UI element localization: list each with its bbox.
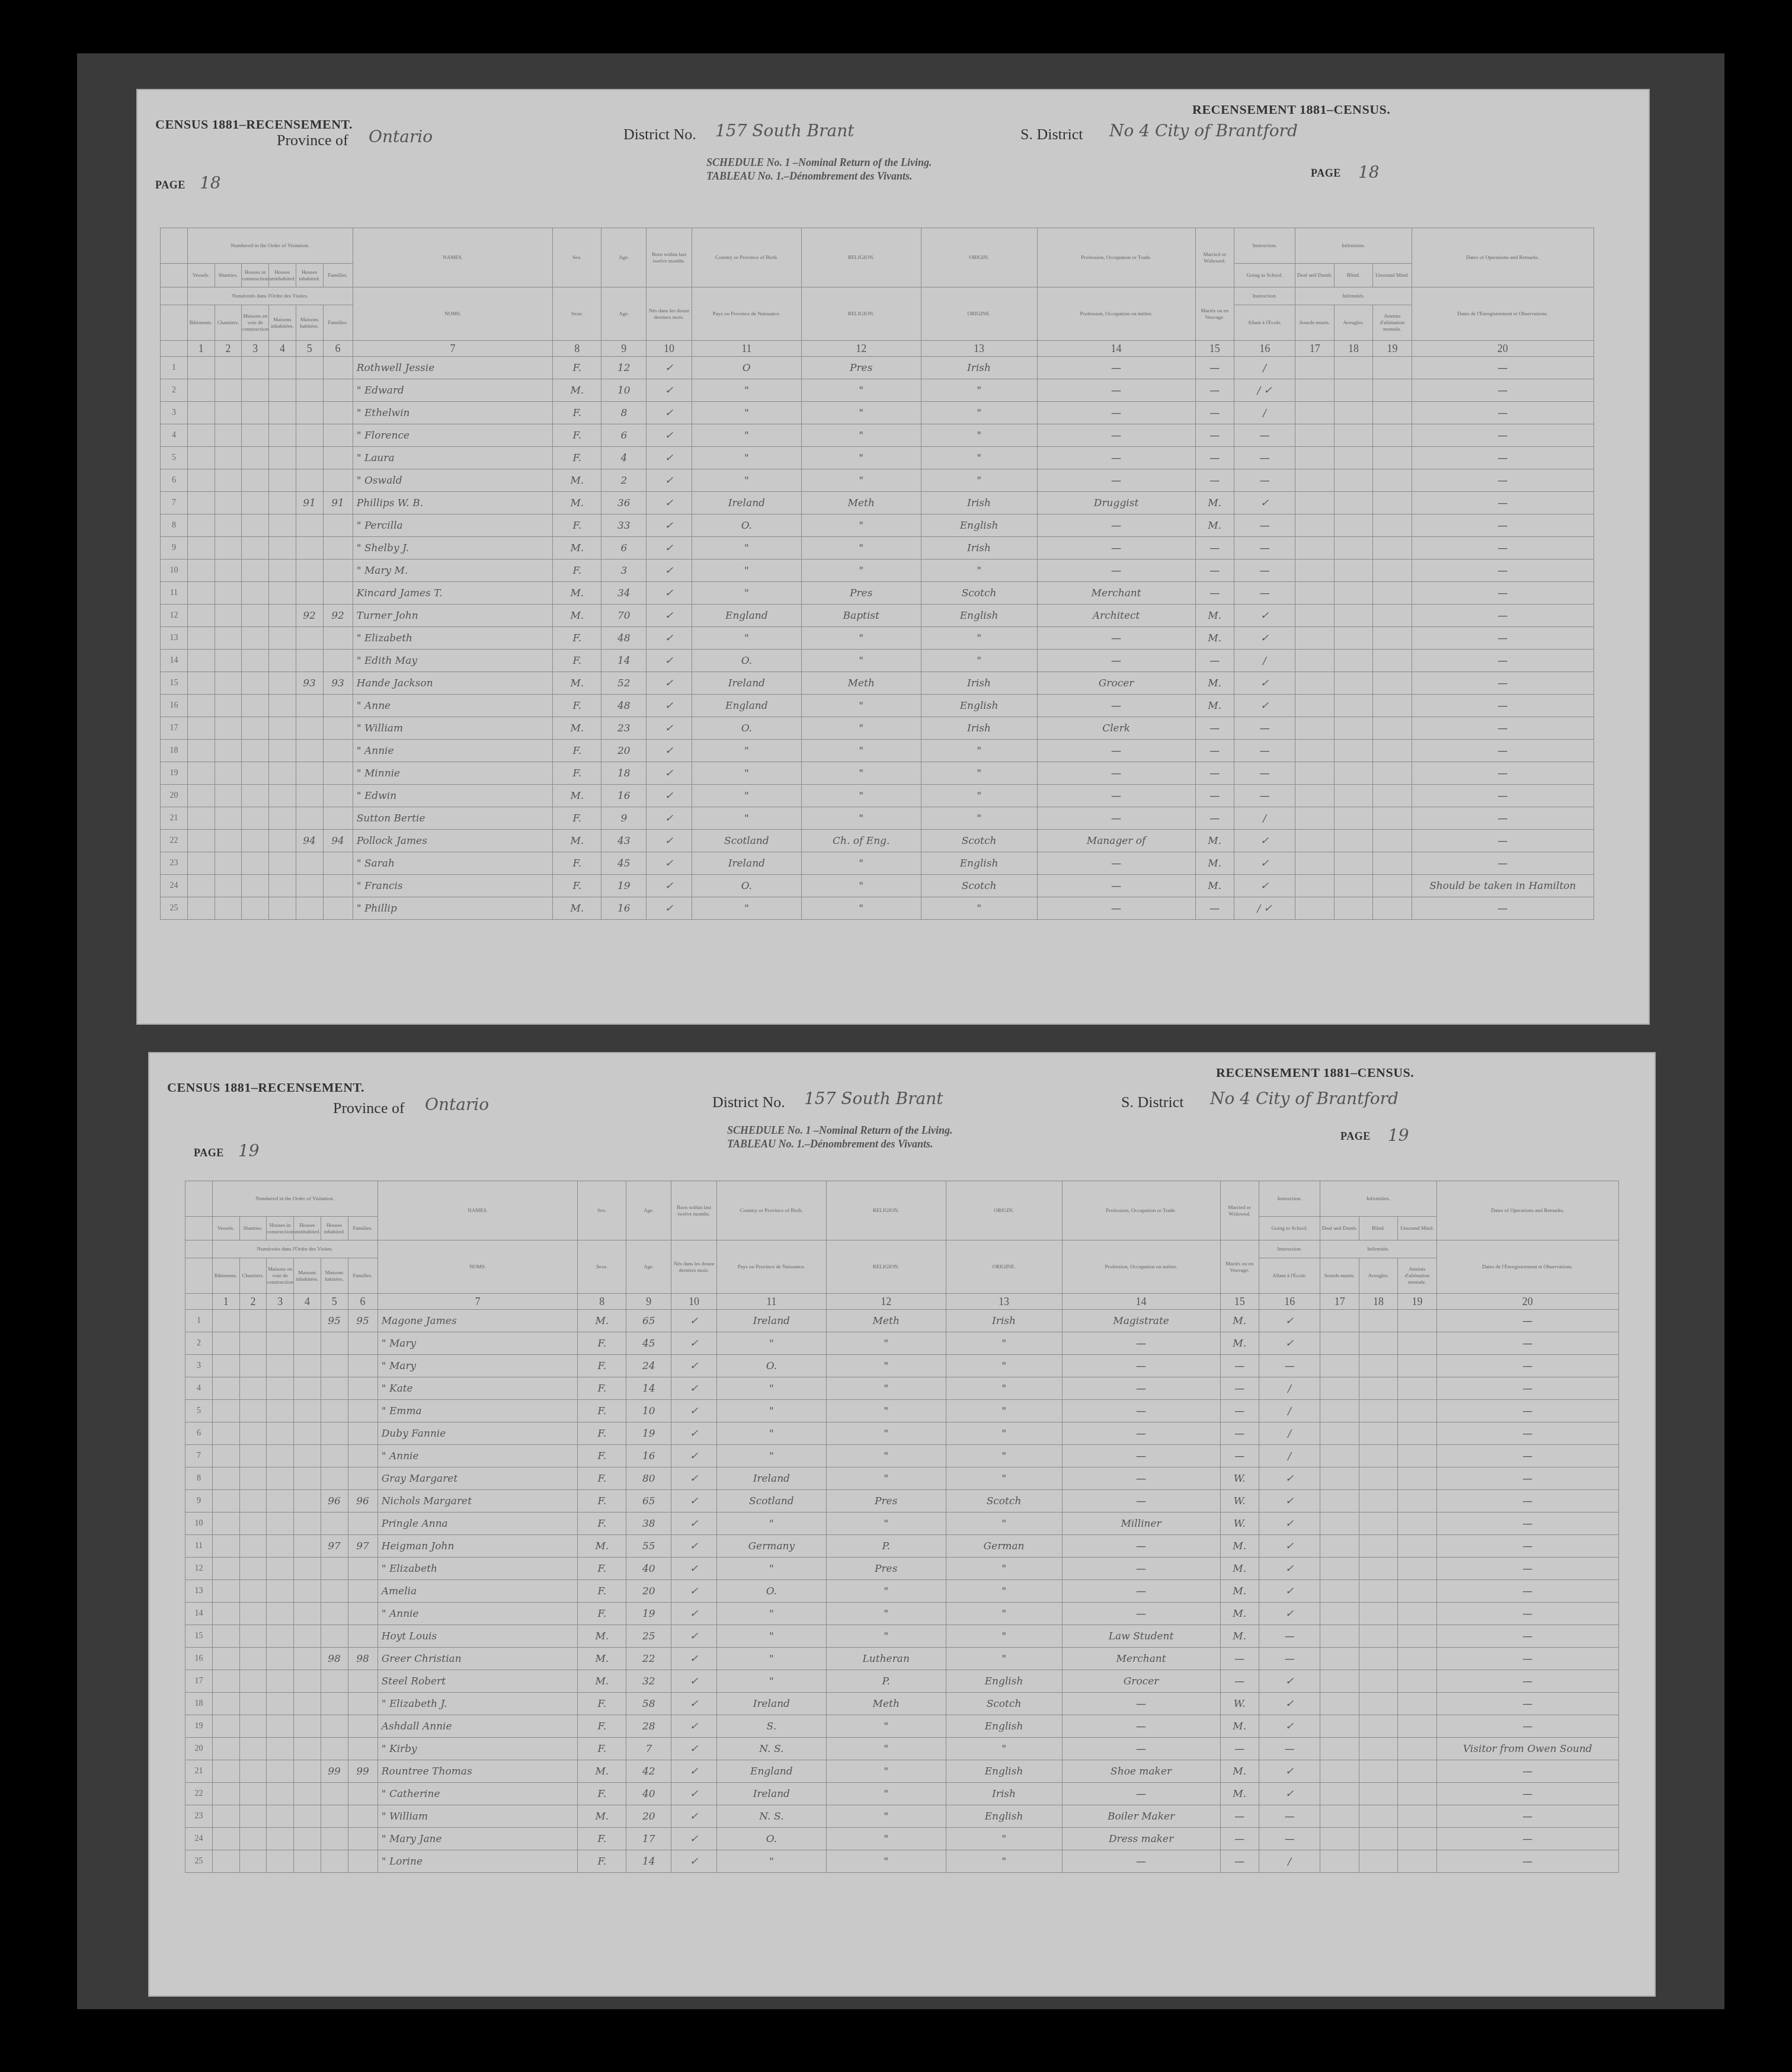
- person-name: Heigman John: [377, 1535, 578, 1558]
- empty-cell: [212, 1715, 239, 1738]
- origin: ": [946, 1580, 1062, 1603]
- empty-cell: [294, 1783, 321, 1805]
- religion: ": [801, 875, 921, 897]
- family-number: [323, 852, 353, 875]
- religion: ": [801, 447, 921, 469]
- empty-cell: [212, 1693, 239, 1715]
- family-number: [348, 1603, 377, 1625]
- empty-cell: [242, 469, 269, 492]
- religion: ": [801, 424, 921, 447]
- religion: ": [826, 1625, 946, 1648]
- row-number: 7: [161, 492, 188, 514]
- family-number: 93: [323, 672, 353, 695]
- going-to-school: /: [1259, 1400, 1320, 1422]
- person-name: Pringle Anna: [377, 1513, 578, 1535]
- origin: German: [946, 1535, 1062, 1558]
- page-number-left: 19: [238, 1141, 260, 1160]
- marital-status: M.: [1195, 830, 1234, 852]
- empty-cell: [267, 1332, 294, 1355]
- occupation: Grocer: [1037, 672, 1195, 695]
- empty-cell: [1359, 1377, 1397, 1400]
- remarks: —: [1436, 1693, 1618, 1715]
- birthplace: ": [716, 1850, 826, 1873]
- row-number: 5: [185, 1400, 213, 1422]
- religion: ": [826, 1422, 946, 1445]
- occupation: —: [1037, 537, 1195, 559]
- empty-cell: [215, 357, 242, 379]
- row-number: 13: [161, 627, 188, 650]
- sex: M.: [553, 830, 601, 852]
- religion: ": [801, 852, 921, 875]
- column-number: 19: [1373, 341, 1412, 357]
- row-number: 16: [185, 1648, 213, 1670]
- empty-cell: [1295, 875, 1334, 897]
- empty-cell: [1373, 875, 1412, 897]
- row-number-header: [161, 228, 188, 264]
- page-number-right: 19: [1388, 1125, 1409, 1145]
- empty-cell: [1295, 830, 1334, 852]
- marital-status: —: [1195, 424, 1234, 447]
- empty-cell: [294, 1625, 321, 1648]
- house-number: [321, 1670, 348, 1693]
- religion: Lutheran: [826, 1648, 946, 1670]
- family-number: [323, 875, 353, 897]
- row-number: 9: [161, 537, 188, 559]
- sex: M.: [578, 1310, 626, 1332]
- age: 25: [626, 1625, 671, 1648]
- house-number: [321, 1783, 348, 1805]
- born-within-year: ✓: [671, 1400, 716, 1422]
- header-deaf-fr: Sourds-muets.: [1320, 1258, 1359, 1294]
- born-within-year: ✓: [647, 357, 692, 379]
- origin: English: [921, 695, 1037, 717]
- birthplace: ": [716, 1603, 826, 1625]
- born-within-year: ✓: [647, 559, 692, 582]
- table-row: 13" ElizabethF.48✓"""—M.✓—: [161, 627, 1594, 650]
- empty-cell: [267, 1445, 294, 1467]
- origin: ": [946, 1400, 1062, 1422]
- empty-cell: [212, 1377, 239, 1400]
- column-number: 4: [294, 1294, 321, 1310]
- going-to-school: —: [1234, 785, 1295, 807]
- remarks: —: [1412, 627, 1593, 650]
- header-shanties-fr: Chantiers.: [215, 305, 242, 341]
- marital-status: —: [1195, 379, 1234, 402]
- sex: F.: [578, 1693, 626, 1715]
- going-to-school: —: [1259, 1738, 1320, 1760]
- occupation: —: [1062, 1580, 1220, 1603]
- house-number: [321, 1400, 348, 1422]
- header-houses-uninhabited: Houses uninhabited.: [269, 264, 296, 287]
- birthplace: ": [692, 559, 801, 582]
- table-row: 22" CatherineF.40✓Ireland"Irish—M.✓—: [185, 1783, 1619, 1805]
- age: 65: [626, 1310, 671, 1332]
- sex: M.: [553, 897, 601, 920]
- header-sex: Sex.: [578, 1181, 626, 1240]
- going-to-school: ✓: [1234, 852, 1295, 875]
- house-number: 91: [296, 492, 323, 514]
- empty-cell: [212, 1513, 239, 1535]
- religion: ": [826, 1828, 946, 1850]
- sex: M.: [553, 492, 601, 514]
- age: 16: [601, 897, 647, 920]
- empty-cell: [187, 402, 215, 424]
- origin: Irish: [921, 492, 1037, 514]
- remarks: —: [1412, 402, 1593, 424]
- header-deaf-fr: Sourds-muets.: [1295, 305, 1334, 341]
- age: 80: [626, 1467, 671, 1490]
- person-name: " William: [353, 717, 553, 740]
- empty-cell: [239, 1400, 267, 1422]
- occupation: Druggist: [1037, 492, 1195, 514]
- empty-cell: [187, 582, 215, 605]
- born-within-year: ✓: [671, 1693, 716, 1715]
- sex: M.: [553, 672, 601, 695]
- marital-status: M.: [1195, 627, 1234, 650]
- remarks: —: [1412, 762, 1593, 785]
- remarks: —: [1436, 1783, 1618, 1805]
- birthplace: ": [716, 1445, 826, 1467]
- remarks: —: [1412, 717, 1593, 740]
- empty-cell: [1398, 1310, 1436, 1332]
- marital-status: —: [1220, 1648, 1259, 1670]
- birthplace: ": [692, 447, 801, 469]
- religion: ": [826, 1332, 946, 1355]
- remarks: —: [1436, 1648, 1618, 1670]
- house-number: [321, 1513, 348, 1535]
- occupation: —: [1062, 1355, 1220, 1377]
- empty-cell: [212, 1400, 239, 1422]
- origin: Scotch: [946, 1693, 1062, 1715]
- table-row: 13AmeliaF.20✓O.""—M.✓—: [185, 1580, 1619, 1603]
- empty-cell: [1398, 1648, 1436, 1670]
- row-number: 1: [161, 357, 188, 379]
- occupation: —: [1062, 1738, 1220, 1760]
- empty-cell: [1295, 357, 1334, 379]
- sex: F.: [553, 424, 601, 447]
- age: 20: [626, 1580, 671, 1603]
- going-to-school: ✓: [1234, 830, 1295, 852]
- empty-cell: [1398, 1760, 1436, 1783]
- empty-cell: [1334, 514, 1372, 537]
- going-to-school: —: [1259, 1648, 1320, 1670]
- row-number: 15: [161, 672, 188, 695]
- row-number: 24: [161, 875, 188, 897]
- marital-status: —: [1195, 650, 1234, 672]
- empty-cell: [1373, 650, 1412, 672]
- empty-cell: [212, 1422, 239, 1445]
- house-number: [296, 379, 323, 402]
- occupation: Shoe maker: [1062, 1760, 1220, 1783]
- row-number: 12: [185, 1558, 213, 1580]
- religion: Pres: [826, 1558, 946, 1580]
- occupation: Dress maker: [1062, 1828, 1220, 1850]
- marital-status: M.: [1195, 514, 1234, 537]
- born-within-year: ✓: [671, 1355, 716, 1377]
- column-number: 10: [671, 1294, 716, 1310]
- subdistrict-label: S. District: [1020, 126, 1083, 143]
- empty-cell: [294, 1422, 321, 1445]
- table-row: 20" KirbyF.7✓N. S.""———Visitor from Owen…: [185, 1738, 1619, 1760]
- subdistrict-label: S. District: [1121, 1093, 1183, 1111]
- empty-cell: [294, 1738, 321, 1760]
- born-within-year: ✓: [671, 1783, 716, 1805]
- remarks: —: [1412, 695, 1593, 717]
- person-name: " Edwin: [353, 785, 553, 807]
- empty-cell: [242, 402, 269, 424]
- empty-cell: [294, 1693, 321, 1715]
- empty-cell: [239, 1670, 267, 1693]
- empty-cell: [239, 1648, 267, 1670]
- empty-cell: [242, 695, 269, 717]
- birthplace: ": [692, 785, 801, 807]
- going-to-school: ✓: [1259, 1513, 1320, 1535]
- column-number: 16: [1234, 341, 1295, 357]
- age: 43: [601, 830, 647, 852]
- empty-cell: [215, 717, 242, 740]
- empty-cell: [269, 402, 296, 424]
- empty-cell: [1359, 1400, 1397, 1422]
- empty-cell: [269, 807, 296, 830]
- empty-cell: [1295, 785, 1334, 807]
- age: 48: [601, 627, 647, 650]
- birthplace: N. S.: [716, 1738, 826, 1760]
- empty-cell: [1398, 1377, 1436, 1400]
- header-age-fr: Age.: [601, 287, 647, 341]
- table-row: 79191Phillips W. B.M.36✓IrelandMethIrish…: [161, 492, 1594, 514]
- origin: Irish: [921, 357, 1037, 379]
- empty-cell: [242, 379, 269, 402]
- sex: M.: [553, 469, 601, 492]
- empty-cell: [215, 672, 242, 695]
- column-number: 18: [1359, 1294, 1397, 1310]
- origin: ": [946, 1603, 1062, 1625]
- empty-cell: [1320, 1467, 1359, 1490]
- empty-cell: [1295, 627, 1334, 650]
- empty-cell: [1398, 1625, 1436, 1648]
- age: 20: [626, 1805, 671, 1828]
- person-name: Nichols Margaret: [377, 1490, 578, 1513]
- row-number: 18: [161, 740, 188, 762]
- empty-cell: [1373, 695, 1412, 717]
- header-birthplace-fr: Pays ou Province de Naissance.: [692, 287, 801, 341]
- header-birthplace: Country or Province of Birth.: [716, 1181, 826, 1240]
- table-row: 17Steel RobertM.32✓"P.EnglishGrocer—✓—: [185, 1670, 1619, 1693]
- empty-cell: [269, 762, 296, 785]
- column-number: 8: [553, 341, 601, 357]
- empty-cell: [1398, 1332, 1436, 1355]
- person-name: " Percilla: [353, 514, 553, 537]
- empty-cell: [269, 717, 296, 740]
- house-number: [321, 1580, 348, 1603]
- empty-cell: [1373, 492, 1412, 514]
- house-number: [321, 1558, 348, 1580]
- birthplace: O.: [692, 514, 801, 537]
- house-number: [321, 1738, 348, 1760]
- remarks: —: [1436, 1310, 1618, 1332]
- person-name: " Mary: [377, 1332, 578, 1355]
- empty-cell: [1398, 1715, 1436, 1738]
- empty-cell: [1295, 492, 1334, 514]
- empty-cell: [239, 1603, 267, 1625]
- header-houses-inhabited: Houses inhabited.: [296, 264, 323, 287]
- person-name: Amelia: [377, 1580, 578, 1603]
- empty-cell: [1334, 492, 1372, 514]
- empty-cell: [1334, 897, 1372, 920]
- empty-cell: [1334, 357, 1372, 379]
- empty-cell: [1320, 1828, 1359, 1850]
- header-deaf: Deaf and Dumb.: [1320, 1217, 1359, 1240]
- empty-cell: [1373, 807, 1412, 830]
- person-name: " Edith May: [353, 650, 553, 672]
- empty-cell: [1398, 1805, 1436, 1828]
- empty-cell: [269, 672, 296, 695]
- empty-cell: [1359, 1445, 1397, 1467]
- origin: Scotch: [946, 1490, 1062, 1513]
- religion: ": [801, 469, 921, 492]
- sex: M.: [553, 605, 601, 627]
- header-going-school-fr: Allant à l'Ecole.: [1234, 305, 1295, 341]
- going-to-school: ✓: [1234, 672, 1295, 695]
- birthplace: ": [692, 807, 801, 830]
- column-number: 7: [353, 341, 553, 357]
- religion: Pres: [801, 357, 921, 379]
- empty-cell: [1398, 1783, 1436, 1805]
- birthplace: ": [716, 1558, 826, 1580]
- going-to-school: —: [1234, 762, 1295, 785]
- header-families: Families.: [348, 1217, 377, 1240]
- empty-cell: [215, 852, 242, 875]
- house-number: [321, 1805, 348, 1828]
- origin: ": [921, 785, 1037, 807]
- empty-cell: [242, 582, 269, 605]
- going-to-school: ✓: [1234, 875, 1295, 897]
- marital-status: —: [1195, 537, 1234, 559]
- house-number: 99: [321, 1760, 348, 1783]
- row-number: 20: [185, 1738, 213, 1760]
- empty-cell: [187, 492, 215, 514]
- row-number: 24: [185, 1828, 213, 1850]
- page-label-right: PAGE: [1311, 167, 1341, 180]
- empty-cell: [269, 379, 296, 402]
- header-occupation-fr: Profession, Occupation ou métier.: [1037, 287, 1195, 341]
- header-infirmities: Infirmities.: [1320, 1181, 1436, 1217]
- row-number: 22: [185, 1783, 213, 1805]
- family-number: [348, 1332, 377, 1355]
- marital-status: M.: [1220, 1760, 1259, 1783]
- born-within-year: ✓: [647, 650, 692, 672]
- row-number: 19: [161, 762, 188, 785]
- empty-cell: [294, 1805, 321, 1828]
- birthplace: ": [716, 1400, 826, 1422]
- empty-cell: [1373, 537, 1412, 559]
- table-row: 3" MaryF.24✓O.""————: [185, 1355, 1619, 1377]
- empty-cell: [1320, 1513, 1359, 1535]
- empty-cell: [1334, 402, 1372, 424]
- empty-cell: [212, 1535, 239, 1558]
- house-number: [296, 695, 323, 717]
- age: 23: [601, 717, 647, 740]
- person-name: " Elizabeth J.: [377, 1693, 578, 1715]
- empty-cell: [294, 1850, 321, 1873]
- table-row: 129292Turner JohnM.70✓EnglandBaptistEngl…: [161, 605, 1594, 627]
- going-to-school: —: [1259, 1805, 1320, 1828]
- column-number: 15: [1220, 1294, 1259, 1310]
- going-to-school: —: [1234, 424, 1295, 447]
- sex: F.: [578, 1490, 626, 1513]
- born-within-year: ✓: [671, 1805, 716, 1828]
- person-name: " Elizabeth: [353, 627, 553, 650]
- origin: ": [921, 740, 1037, 762]
- remarks: —: [1436, 1513, 1618, 1535]
- religion: ": [826, 1400, 946, 1422]
- empty-cell: [1334, 605, 1372, 627]
- empty-cell: [1373, 559, 1412, 582]
- empty-cell: [1334, 852, 1372, 875]
- remarks: —: [1436, 1467, 1618, 1490]
- empty-cell: [1373, 672, 1412, 695]
- occupation: —: [1062, 1783, 1220, 1805]
- origin: ": [946, 1332, 1062, 1355]
- empty-cell: [267, 1760, 294, 1783]
- family-number: [323, 379, 353, 402]
- born-within-year: ✓: [647, 830, 692, 852]
- header-shanties-fr: Chantiers.: [239, 1258, 267, 1294]
- empty-cell: [1320, 1400, 1359, 1422]
- row-number: 4: [161, 424, 188, 447]
- empty-cell: [215, 379, 242, 402]
- religion: ": [826, 1467, 946, 1490]
- empty-cell: [269, 830, 296, 852]
- family-number: [323, 469, 353, 492]
- column-numbers: 1234567891011121314151617181920: [185, 1294, 1619, 1310]
- house-number: [296, 852, 323, 875]
- occupation: —: [1037, 469, 1195, 492]
- age: 58: [626, 1693, 671, 1715]
- person-name: " Emma: [377, 1400, 578, 1422]
- remarks: —: [1412, 830, 1593, 852]
- schedule-title-en: SCHEDULE No. 1 –Nominal Return of the Li…: [727, 1124, 953, 1137]
- remarks: —: [1436, 1490, 1618, 1513]
- occupation: Clerk: [1037, 717, 1195, 740]
- table-row: 9" Shelby J.M.6✓""Irish————: [161, 537, 1594, 559]
- born-within-year: ✓: [671, 1332, 716, 1355]
- house-number: [321, 1467, 348, 1490]
- family-number: [348, 1805, 377, 1828]
- column-number: 2: [239, 1294, 267, 1310]
- column-number: 8: [578, 1294, 626, 1310]
- family-number: [348, 1355, 377, 1377]
- empty-cell: [239, 1377, 267, 1400]
- origin: ": [946, 1738, 1062, 1760]
- empty-cell: [239, 1693, 267, 1715]
- row-number: 6: [161, 469, 188, 492]
- empty-cell: [215, 469, 242, 492]
- table-row: 12" ElizabethF.40✓"Pres"—M.✓—: [185, 1558, 1619, 1580]
- born-within-year: ✓: [647, 379, 692, 402]
- column-number: 14: [1037, 341, 1195, 357]
- born-within-year: ✓: [671, 1513, 716, 1535]
- empty-cell: [187, 627, 215, 650]
- header-unsound: Unsound Mind.: [1398, 1217, 1436, 1240]
- empty-cell: [215, 492, 242, 514]
- origin: Irish: [946, 1310, 1062, 1332]
- family-number: [323, 627, 353, 650]
- empty-cell: [1295, 897, 1334, 920]
- house-number: [296, 537, 323, 559]
- birthplace: O.: [692, 875, 801, 897]
- header-origin: ORIGIN.: [921, 228, 1037, 287]
